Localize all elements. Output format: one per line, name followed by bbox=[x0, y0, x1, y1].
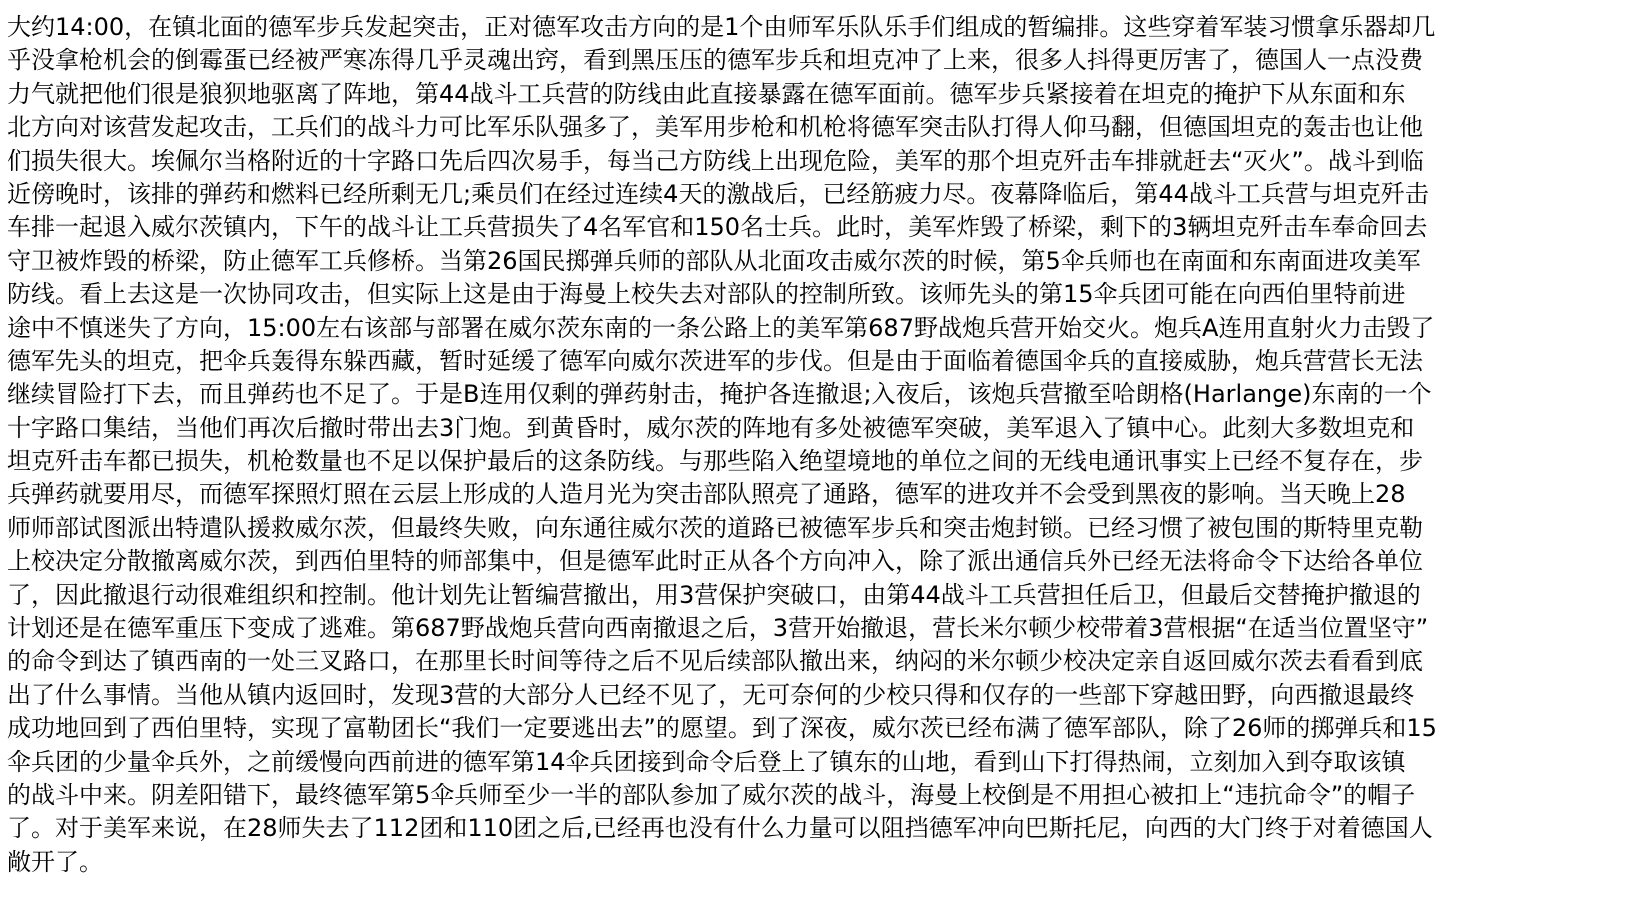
text-line: 们损失很大。埃佩尔当格附近的十字路口先后四次易手，每当己方防线上出现危险，美军的… bbox=[7, 145, 1641, 178]
text-line: 了。对于美军来说，在28师失去了112团和110团之后,已经再也没有什么力量可以… bbox=[7, 812, 1641, 845]
text-line: 坦克歼击车都已损失，机枪数量也不足以保护最后的这条防线。与那些陷入绝望境地的单位… bbox=[7, 445, 1641, 478]
text-line: 大约14:00，在镇北面的德军步兵发起突击，正对德军攻击方向的是1个由师军乐队乐… bbox=[7, 11, 1641, 44]
text-line: 途中不慎迷失了方向，15:00左右该部与部署在威尔茨东南的一条公路上的美军第68… bbox=[7, 312, 1641, 345]
text-line: 车排一起退入威尔茨镇内，下午的战斗让工兵营损失了4名军官和150名士兵。此时，美… bbox=[7, 211, 1641, 244]
page: { "page": { "background_color": "#ffffff… bbox=[0, 0, 1645, 909]
text-line: 计划还是在德军重压下变成了逃难。第687野战炮兵营向西南撤退之后，3营开始撤退，… bbox=[7, 612, 1641, 645]
text-line: 乎没拿枪机会的倒霉蛋已经被严寒冻得几乎灵魂出窍，看到黑压压的德军步兵和坦克冲了上… bbox=[7, 44, 1641, 77]
document-text: 大约14:00，在镇北面的德军步兵发起突击，正对德军攻击方向的是1个由师军乐队乐… bbox=[0, 0, 1645, 909]
text-line: 了，因此撤退行动很难组织和控制。他计划先让暂编营撤出，用3营保护突破口，由第44… bbox=[7, 579, 1641, 612]
text-line: 守卫被炸毁的桥梁，防止德军工兵修桥。当第26国民掷弹兵师的部队从北面攻击威尔茨的… bbox=[7, 245, 1641, 278]
text-line: 德军先头的坦克，把伞兵轰得东躲西藏，暂时延缓了德军向威尔茨进军的步伐。但是由于面… bbox=[7, 345, 1641, 378]
text-line: 北方向对该营发起攻击，工兵们的战斗力可比军乐队强多了，美军用步枪和机枪将德军突击… bbox=[7, 111, 1641, 144]
text-line: 的命令到达了镇西南的一处三叉路口，在那里长时间等待之后不见后续部队撤出来，纳闷的… bbox=[7, 645, 1641, 678]
text-line: 近傍晚时，该排的弹药和燃料已经所剩无几;乘员们在经过连续4天的激战后，已经筋疲力… bbox=[7, 178, 1641, 211]
text-line: 伞兵团的少量伞兵外，之前缓慢向西前进的德军第14伞兵团接到命令后登上了镇东的山地… bbox=[7, 746, 1641, 779]
text-line: 继续冒险打下去，而且弹药也不足了。于是B连用仅剩的弹药射击，掩护各连撤退;入夜后… bbox=[7, 378, 1641, 411]
text-line: 敞开了。 bbox=[7, 846, 1641, 879]
text-line: 师师部试图派出特遣队援救威尔茨，但最终失败，向东通往威尔茨的道路已被德军步兵和突… bbox=[7, 512, 1641, 545]
text-line: 成功地回到了西伯里特，实现了富勒团长“我们一定要逃出去”的愿望。到了深夜，威尔茨… bbox=[7, 712, 1641, 745]
text-line: 防线。看上去这是一次协同攻击，但实际上这是由于海曼上校失去对部队的控制所致。该师… bbox=[7, 278, 1641, 311]
text-line: 力气就把他们很是狼狈地驱离了阵地，第44战斗工兵营的防线由此直接暴露在德军面前。… bbox=[7, 78, 1641, 111]
text-line: 出了什么事情。当他从镇内返回时，发现3营的大部分人已经不见了，无可奈何的少校只得… bbox=[7, 679, 1641, 712]
text-line: 上校决定分散撤离威尔茨，到西伯里特的师部集中，但是德军此时正从各个方向冲入，除了… bbox=[7, 545, 1641, 578]
text-line: 的战斗中来。阴差阳错下，最终德军第5伞兵师至少一半的部队参加了威尔茨的战斗，海曼… bbox=[7, 779, 1641, 812]
text-line: 十字路口集结，当他们再次后撤时带出去3门炮。到黄昏时，威尔茨的阵地有多处被德军突… bbox=[7, 412, 1641, 445]
text-line: 兵弹药就要用尽，而德军探照灯照在云层上形成的人造月光为突击部队照亮了通路，德军的… bbox=[7, 478, 1641, 511]
